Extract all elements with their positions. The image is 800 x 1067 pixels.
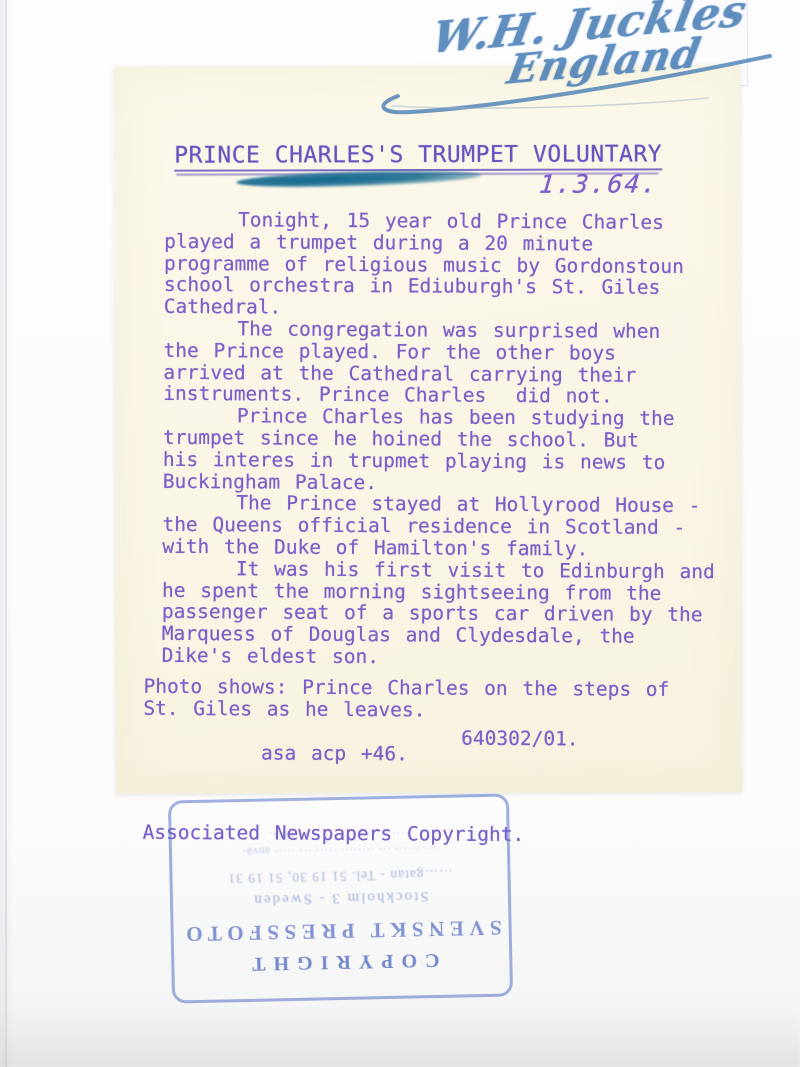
caption-sheet: PRINCE CHARLES'S TRUMPET VOLUNTARY 1.3.6…	[114, 65, 742, 794]
stamp-copyright-line: COPYRIGHT	[174, 946, 509, 976]
svenskt-pressfoto-copyright-stamp: COPYRIGHT SVENSKT PRESSFOTO Stockholm 3 …	[168, 793, 513, 1003]
photographer-code: asa acp +46.	[261, 742, 408, 766]
paragraph: Tonight, 15 year old Prince Charlesplaye…	[164, 209, 722, 321]
typewritten-body: Tonight, 15 year old Prince Charlesplaye…	[143, 209, 722, 847]
press-photo-back: PRINCE CHARLES'S TRUMPET VOLUNTARY 1.3.6…	[0, 0, 800, 1067]
typewritten-line: Dike's eldest son.	[162, 645, 719, 670]
paragraph: The Prince stayed at Hollyrood House -th…	[162, 492, 719, 561]
typewritten-line: St. Giles as he leaves.	[143, 697, 718, 722]
stamp-city-line: Stockholm 3 - Sweden	[173, 885, 508, 909]
stamp-address-telephone-line: ……gatan - Tel. 51 19 30, 51 19 31	[172, 864, 507, 887]
paragraphs: Tonight, 15 year old Prince Charlesplaye…	[144, 209, 722, 670]
bottom-edge-smudge	[0, 1007, 800, 1067]
stamp-agency-name: SVENSKT PRESSFOTO	[173, 914, 508, 946]
paper-edge-shading	[0, 0, 14, 1067]
paragraph: The congregation was surprised whenthe P…	[163, 318, 721, 409]
date: 1.3.64.	[538, 169, 660, 198]
archive-number: 640302/01.	[461, 728, 579, 751]
paragraph: Prince Charles has been studying thetrum…	[163, 405, 721, 496]
photo-note: Photo shows: Prince Charles on the steps…	[143, 675, 718, 722]
paper-edge-line	[5, 0, 7, 1067]
paragraph: It was his first visit to Edinburgh andh…	[162, 558, 720, 670]
